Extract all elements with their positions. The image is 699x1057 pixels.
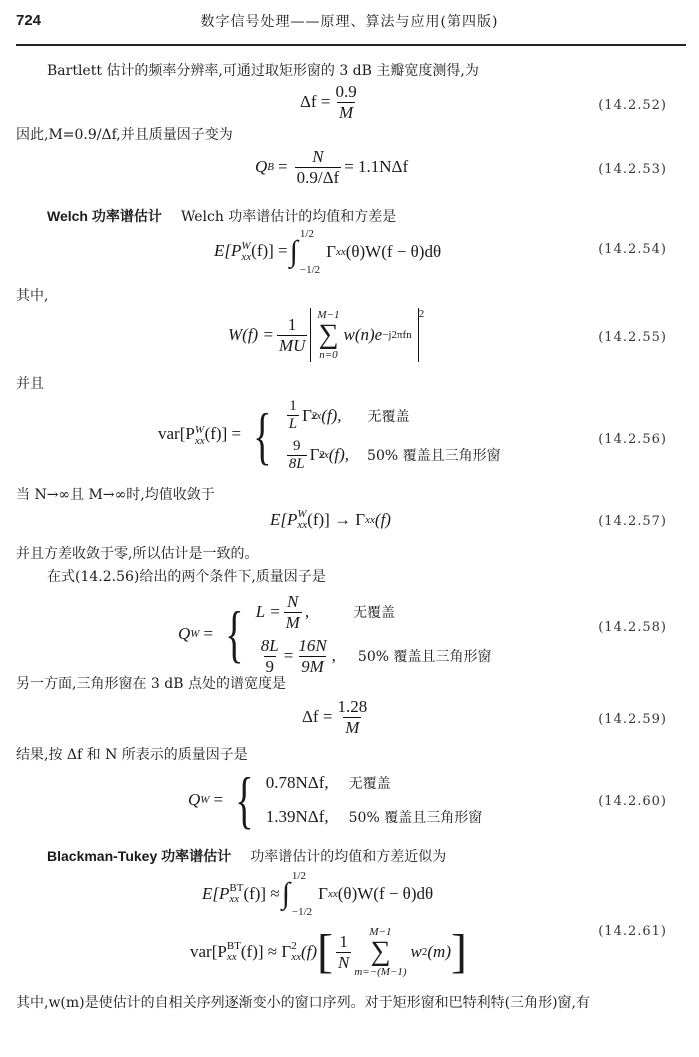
left-bracket: [ [317, 928, 333, 976]
equation-number: (14.2.53) [598, 162, 667, 177]
equation-14-2-52: Δf = 0.9 M [300, 82, 362, 122]
equation-14-2-55: W(f) = 1 MU M−1 ∑ n=0 w(n)e−j2πfn 2 [228, 308, 424, 362]
case-row: 98L Γ2xx(f), 50% 覆盖且三角形窗 [284, 438, 501, 474]
left-brace: { [225, 602, 243, 666]
running-title: 数字信号处理——原理、算法与应用(第四版) [0, 11, 699, 31]
equation-number: (14.2.55) [598, 330, 667, 345]
equation-number: (14.2.61) [598, 924, 667, 939]
paragraph: 因此,M=0.9/Δf,并且质量因子变为 [16, 124, 233, 144]
section-heading-blackman-tukey: Blackman-Tukey 功率谱估计 功率谱估计的均值和方差近似为 [47, 846, 446, 866]
equation-14-2-61-mean: E[PBTxx(f)] ≈ ∫ 1/2−1/2 Γxx(θ)W(f − θ)dθ [202, 870, 433, 918]
case-row: 1.39NΔf, 50% 覆盖且三角形窗 [266, 807, 482, 827]
equation-number: (14.2.54) [598, 242, 667, 257]
header-rule [16, 44, 686, 46]
absolute-value: M−1 ∑ n=0 w(n)e−j2πfn [310, 308, 418, 362]
equation-14-2-58: QW = { L = NM , 无覆盖 8L9 = 16N9M , 50% 覆盖… [178, 592, 492, 676]
paragraph: 结果,按 Δf 和 N 所表示的质量因子是 [16, 744, 248, 764]
case-row: 8L9 = 16N9M , 50% 覆盖且三角形窗 [256, 636, 492, 676]
integral-sign: ∫ [290, 237, 298, 267]
equation-number: (14.2.58) [598, 620, 667, 635]
paragraph: 当 N→∞且 M→∞时,均值收敛于 [16, 484, 215, 504]
paragraph: 并且 [16, 373, 44, 393]
paragraph: 并且方差收敛于零,所以估计是一致的。 [16, 543, 258, 563]
section-heading-welch: Welch 功率谱估计 Welch 功率谱估计的均值和方差是 [47, 206, 396, 226]
paragraph: 在式(14.2.56)给出的两个条件下,质量因子是 [47, 566, 326, 586]
equation-number: (14.2.52) [598, 98, 667, 113]
integral-sign: ∫ [282, 879, 290, 909]
equation-14-2-53: QB = N 0.9/Δf = 1.1NΔf [255, 147, 408, 187]
left-brace: { [253, 404, 271, 468]
sum-sign: ∑ [318, 321, 338, 349]
right-bracket: ] [451, 928, 467, 976]
case-row: L = NM , 无覆盖 [256, 592, 492, 632]
equation-number: (14.2.56) [598, 432, 667, 447]
equation-number: (14.2.60) [598, 794, 667, 809]
fraction: 0.9 M [333, 82, 358, 122]
equation-14-2-57: E[PWxx(f)] → Γxx(f) [270, 509, 391, 531]
equation-number: (14.2.59) [598, 712, 667, 727]
paragraph: 其中,w(m)是使估计的自相关序列逐渐变小的窗口序列。对于矩形窗和巴特利特(三角… [16, 992, 590, 1012]
paragraph: 其中, [16, 285, 48, 305]
sum-sign: ∑ [370, 938, 390, 966]
equation-14-2-56: var[PWxx(f)] = { 1L Γ2xx(f), 无覆盖 98L Γ2x… [158, 398, 501, 473]
equation-14-2-54: E[PWxx(f)] = ∫ 1/2−1/2 Γxx(θ)W(f − θ)dθ [214, 228, 441, 276]
case-row: 0.78NΔf, 无覆盖 [266, 773, 482, 793]
equation-14-2-60: QW = { 0.78NΔf, 无覆盖 1.39NΔf, 50% 覆盖且三角形窗 [188, 768, 482, 832]
equation-number: (14.2.57) [598, 514, 667, 529]
paragraph: 另一方面,三角形窗在 3 dB 点处的谱宽度是 [16, 673, 286, 693]
fraction: 1 MU [277, 315, 307, 355]
equation-14-2-61-variance: var[PBTxx(f)] ≈ Γ2xx(f) [ 1N M−1 ∑ m=−(M… [190, 926, 467, 978]
fraction: N 0.9/Δf [295, 147, 342, 187]
left-brace: { [235, 768, 253, 832]
paragraph: Bartlett 估计的频率分辨率,可通过取矩形窗的 3 dB 主瓣宽度测得,为 [47, 60, 479, 80]
eq-lhs: Δf = [300, 92, 330, 112]
equation-14-2-59: Δf = 1.28M [302, 697, 372, 737]
case-row: 1L Γ2xx(f), 无覆盖 [284, 398, 501, 434]
